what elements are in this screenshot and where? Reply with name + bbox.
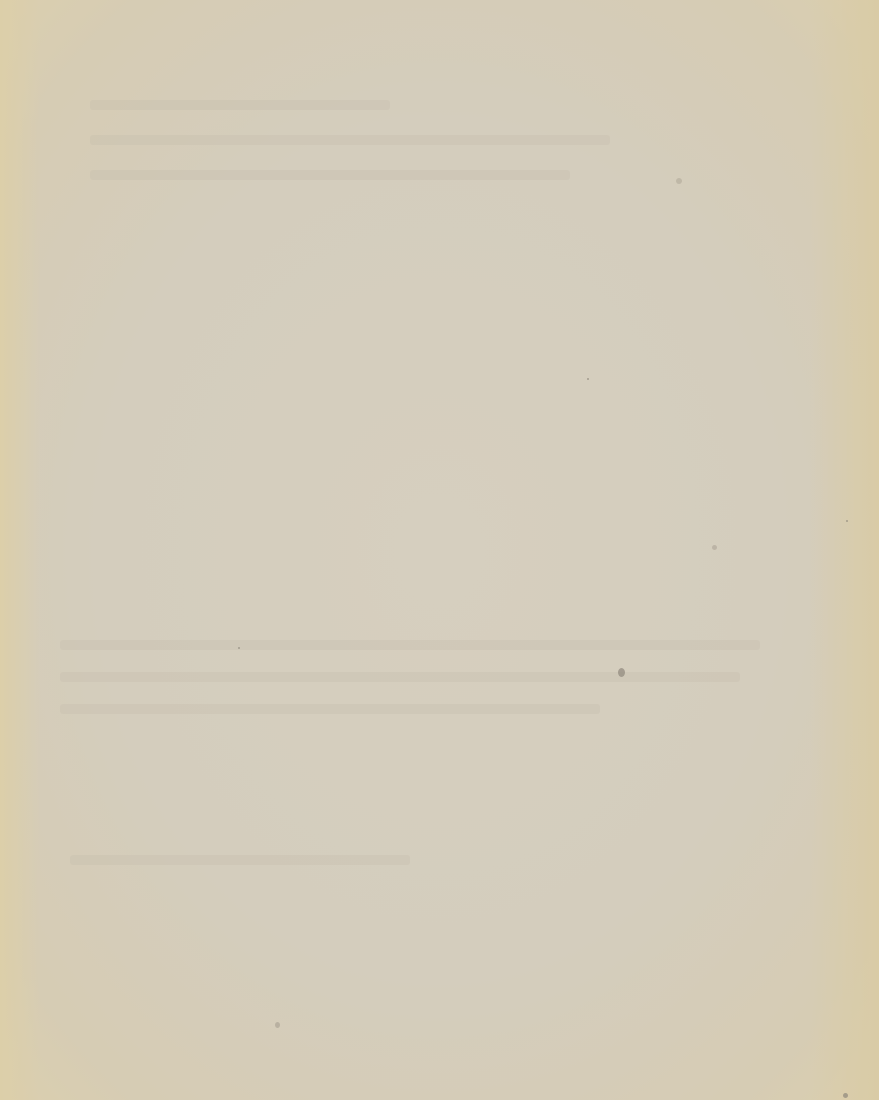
show-through-line (90, 170, 570, 180)
dust-speck (846, 520, 848, 522)
dust-speck (275, 1022, 280, 1028)
show-through-line (70, 855, 410, 865)
show-through-line (60, 672, 740, 682)
show-through-line (60, 704, 600, 714)
dust-speck (587, 378, 589, 380)
blank-page (0, 0, 879, 1100)
show-through-line (90, 135, 610, 145)
dust-speck (712, 545, 717, 550)
page-right-edge (809, 0, 879, 1100)
show-through-line (90, 100, 390, 110)
show-through-line (60, 640, 760, 650)
page-left-edge (0, 0, 40, 1100)
dust-speck (238, 647, 240, 649)
dust-speck (676, 178, 682, 184)
dust-speck (843, 1093, 848, 1098)
dust-speck (618, 668, 625, 677)
